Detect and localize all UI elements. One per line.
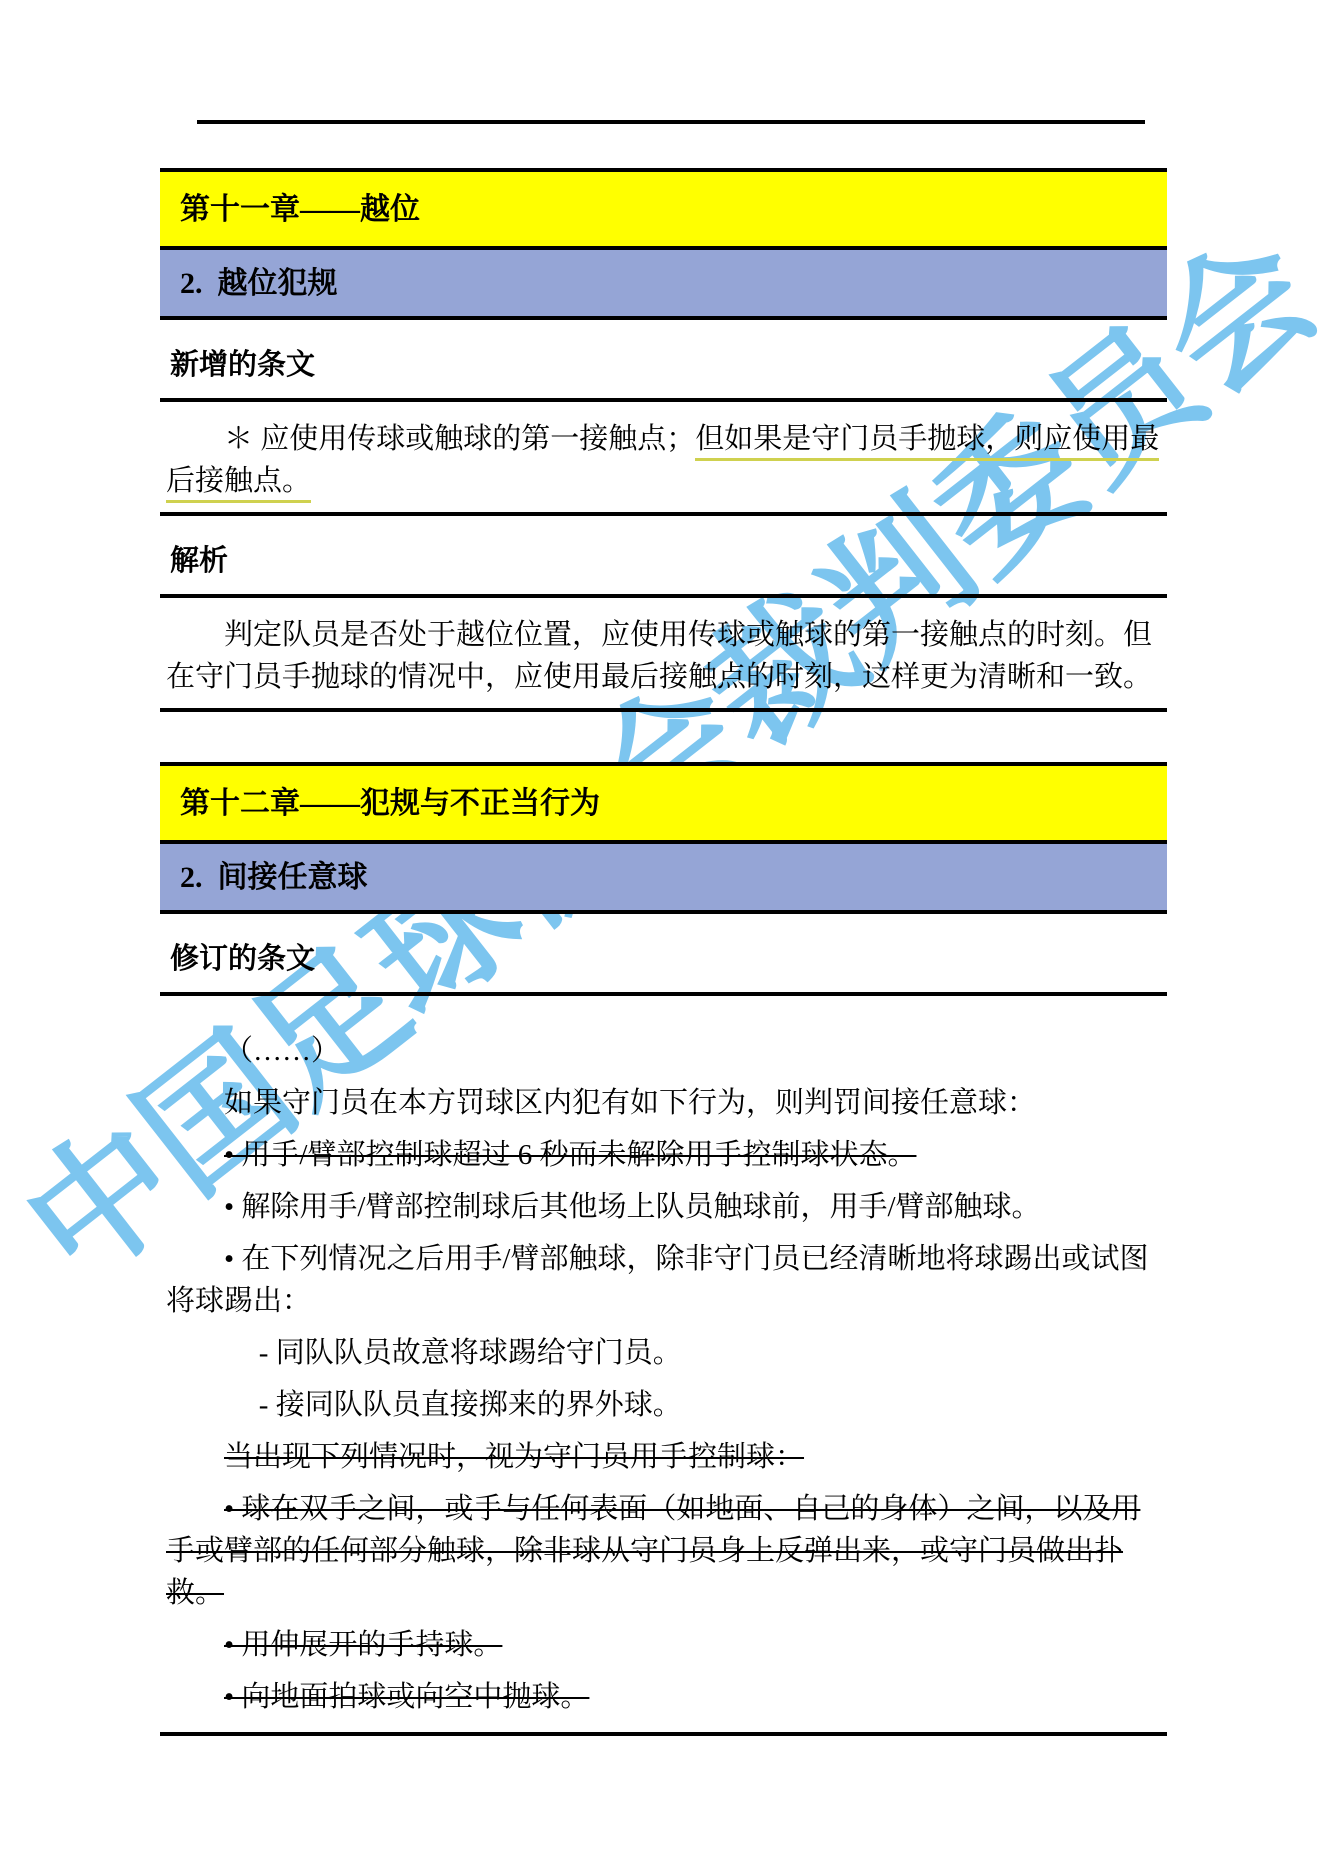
law-11-chapter-bar: 第十一章——越位: [160, 172, 1167, 250]
law-11-analysis-paragraph: 判定队员是否处于越位位置，应使用传球或触球的第一接触点的时刻。但在守门员手抛球的…: [166, 614, 1161, 698]
deleted-outstretched-hand: • 用伸展开的手持球。: [166, 1624, 1161, 1666]
document-page: { "watermark": { "text": "中国足球协会裁判委员会", …: [0, 0, 1323, 1871]
indirect-free-kick-intro: 如果守门员在本方罚球区内犯有如下行为，则判罚间接任意球：: [166, 1082, 1161, 1124]
bullet-release-control: • 解除用手/臂部控制球后其他场上队员触球前，用手/臂部触球。: [166, 1186, 1161, 1228]
sub-item-teammate-kick: - 同队队员故意将球踢给守门员。: [166, 1332, 1161, 1374]
document-content: 第十一章——越位 2. 越位犯规 新增的条文 ＊ 应使用传球或触球的第一接触点；…: [160, 168, 1167, 1736]
law-11-added-text-heading: 新增的条文: [160, 320, 1167, 402]
law-12-chapter-bar: 第十二章——犯规与不正当行为: [160, 766, 1167, 844]
law-12-revised-text-heading: 修订的条文: [160, 914, 1167, 996]
bullet-after-situations: • 在下列情况之后用手/臂部触球，除非守门员已经清晰地将球踢出或试图将球踢出：: [166, 1238, 1161, 1322]
law-11-added-item: ＊ 应使用传球或触球的第一接触点；但如果是守门员手抛球，则应使用最后接触点。: [166, 418, 1161, 502]
deleted-ball-between-hands: • 球在双手之间，或手与任何表面（如地面、自己的身体）之间，以及用手或臂部的任何…: [166, 1488, 1161, 1614]
sub-item-throw-in: - 接同队队员直接掷来的界外球。: [166, 1384, 1161, 1426]
page-top-rule: [197, 120, 1145, 124]
deleted-control-intro: 当出现下列情况时，视为守门员用手控制球：: [166, 1436, 1161, 1478]
law-12-section-bar-indirect-free-kick: 2. 间接任意球: [160, 844, 1167, 914]
law-11-analysis-heading: 解析: [160, 516, 1167, 598]
law-11-added-text-row: ＊ 应使用传球或触球的第一接触点；但如果是守门员手抛球，则应使用最后接触点。: [160, 402, 1167, 516]
law-11-added-item-plain: ＊ 应使用传球或触球的第一接触点；: [224, 423, 695, 455]
deleted-six-seconds-rule: • 用手/臂部控制球超过 6 秒而未解除用手控制球状态。: [166, 1134, 1161, 1176]
law-12-revised-text-row: （……） 如果守门员在本方罚球区内犯有如下行为，则判罚间接任意球： • 用手/臂…: [160, 996, 1167, 1732]
deleted-bounce-throw: • 向地面拍球或向空中抛球。: [166, 1676, 1161, 1718]
law-12-table: 第十二章——犯规与不正当行为 2. 间接任意球 修订的条文 （……） 如果守门员…: [160, 762, 1167, 1736]
ellipsis-line: （……）: [166, 1030, 1161, 1072]
law-11-analysis-row: 判定队员是否处于越位位置，应使用传球或触球的第一接触点的时刻。但在守门员手抛球的…: [160, 598, 1167, 708]
law-11-table: 第十一章——越位 2. 越位犯规 新增的条文 ＊ 应使用传球或触球的第一接触点；…: [160, 168, 1167, 712]
law-11-section-bar-offside-offence: 2. 越位犯规: [160, 250, 1167, 320]
